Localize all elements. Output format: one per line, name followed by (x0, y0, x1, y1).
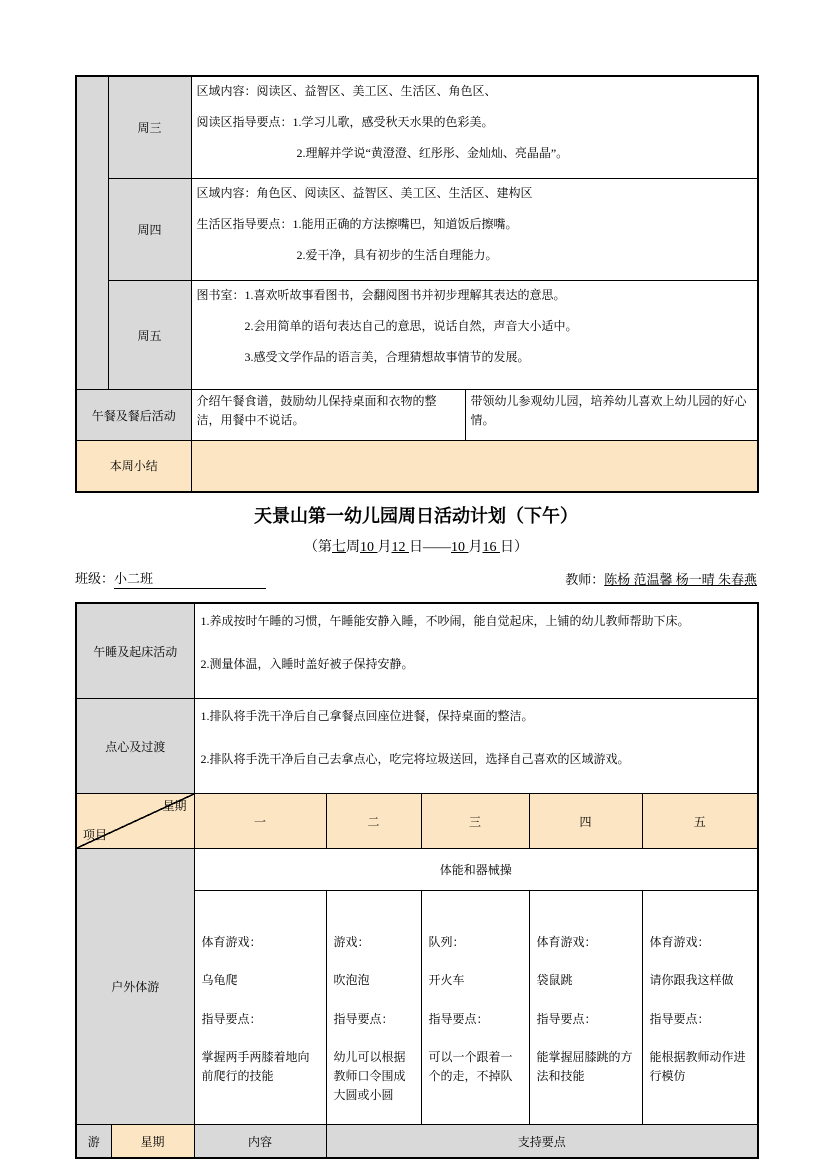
afternoon-plan-table: 午睡及起床活动 1.养成按时午睡的习惯，午睡能安静入睡，不吵闹，能自觉起床，上铺… (75, 602, 759, 1159)
day-header-thu: 四 (529, 794, 642, 849)
start-day-blank: 12 (392, 540, 410, 555)
game-line: 能掌握屈膝跳的方法和技能 (537, 1048, 635, 1086)
game-column-fri: 体育游戏： 请你跟我这样做 指导要点： 能根据教师动作进行模仿 (642, 891, 758, 1125)
game-line: 指导要点： (202, 1010, 319, 1029)
corner-project-label: 项目 (83, 826, 107, 843)
game-line: 指导要点： (429, 1010, 522, 1029)
class-teacher-line: 班级：小二班 教师：陈杨 范温馨 杨一晴 朱春燕 (75, 570, 757, 589)
week-project-corner-cell: 星期 项目 (76, 794, 194, 849)
snack-row: 点心及过渡 1.排队将手洗干净后自己拿餐点回座位进餐，保持桌面的整洁。 2.排队… (76, 699, 758, 794)
exercise-banner: 体能和器械操 (194, 849, 758, 891)
start-month-blank: 10 (360, 540, 378, 555)
morning-plan-table: 周三 区域内容：阅读区、益智区、美工区、生活区、角色区、 阅读区指导要点：1.学… (75, 75, 759, 493)
game-line: 指导要点： (334, 1010, 414, 1029)
class-label: 班级： (75, 571, 114, 586)
snack-label: 点心及过渡 (76, 699, 194, 794)
game-line: 袋鼠跳 (537, 971, 635, 990)
bottom-header-row: 游 星期 内容 支持要点 (76, 1125, 758, 1158)
day-label-thursday: 周四 (108, 179, 191, 281)
corner-week-label: 星期 (163, 797, 187, 814)
game-column-mon: 体育游戏： 乌龟爬 指导要点： 掌握两手两膝着地向前爬行的技能 (194, 891, 326, 1125)
lunch-activity-row: 午餐及餐后活动 介绍午餐食谱，鼓励幼儿保持桌面和衣物的整洁，用餐中不说话。 带领… (76, 390, 758, 441)
day-header-tue: 二 (326, 794, 421, 849)
note-line: 阅读区指导要点：1.学习儿歌，感受秋天水果的色彩美。 (197, 113, 753, 131)
game-line: 可以一个跟着一个的走，不掉队 (429, 1048, 522, 1086)
note-line: 2.会用简单的语句表达自己的意思，说话自然，声音大小适中。 (197, 317, 753, 335)
note-line: 3.感受文学作品的语言美，合理猜想故事情节的发展。 (197, 348, 753, 366)
class-field: 班级：小二班 (75, 570, 266, 589)
lunch-note-right: 带领幼儿参观幼儿园，培养幼儿喜欢上幼儿园的好心情。 (465, 390, 758, 441)
note-line: 1.排队将手洗干净后自己拿餐点回座位进餐，保持桌面的整洁。 (201, 707, 752, 725)
note-line: 1.养成按时午睡的习惯，午睡能安静入睡，不吵闹，能自觉起床，上铺的幼儿教师帮助下… (201, 612, 752, 630)
game-line: 乌龟爬 (202, 971, 319, 990)
note-line: 2.理解并学说“黄澄澄、红彤彤、金灿灿、亮晶晶”。 (197, 144, 753, 162)
week-number-blank: 七 (332, 540, 346, 555)
nap-row: 午睡及起床活动 1.养成按时午睡的习惯，午睡能安静入睡，不吵闹，能自觉起床，上铺… (76, 603, 758, 699)
game-line: 吹泡泡 (334, 971, 414, 990)
table-row: 周五 图书室：1.喜欢听故事看图书，会翻阅图书并初步理解其表达的意思。 2.会用… (76, 281, 758, 390)
note-line: 生活区指导要点：1.能用正确的方法擦嘴巴，知道饭后擦嘴。 (197, 215, 753, 233)
weekly-summary-content (191, 441, 758, 492)
day-notes-friday: 图书室：1.喜欢听故事看图书，会翻阅图书并初步理解其表达的意思。 2.会用简单的… (191, 281, 758, 390)
outdoor-play-label: 户外体游 (76, 849, 194, 1125)
game-column-thu: 体育游戏： 袋鼠跳 指导要点： 能掌握屈膝跳的方法和技能 (529, 891, 642, 1125)
weekly-summary-label: 本周小结 (76, 441, 191, 492)
document-body: 周三 区域内容：阅读区、益智区、美工区、生活区、角色区、 阅读区指导要点：1.学… (75, 75, 757, 1159)
note-line: 区域内容：阅读区、益智区、美工区、生活区、角色区、 (197, 82, 753, 100)
game-line: 体育游戏： (202, 933, 319, 952)
left-spacer-cell (76, 76, 108, 390)
document-page: 周三 区域内容：阅读区、益智区、美工区、生活区、角色区、 阅读区指导要点：1.学… (0, 0, 827, 1170)
page-subtitle: （第七周10 月12 日——10 月16 日） (75, 539, 757, 557)
teacher-field: 教师：陈杨 范温馨 杨一晴 朱春燕 (565, 571, 757, 589)
week-header-row: 星期 项目 一 二 三 四 五 (76, 794, 758, 849)
note-line: 图书室：1.喜欢听故事看图书，会翻阅图书并初步理解其表达的意思。 (197, 286, 753, 304)
nap-label: 午睡及起床活动 (76, 603, 194, 699)
game-line: 掌握两手两膝着地向前爬行的技能 (202, 1048, 319, 1086)
subtitle-text: 周 (346, 540, 360, 555)
game-line: 指导要点： (650, 1010, 751, 1029)
game-line: 幼儿可以根据教师口令围成大圆或小圆 (334, 1048, 414, 1106)
day-header-wed: 三 (421, 794, 529, 849)
game-line: 请你跟我这样做 (650, 971, 751, 990)
game-line: 体育游戏： (537, 933, 635, 952)
game-line: 开火车 (429, 971, 522, 990)
subtitle-text: 日—— (409, 540, 451, 555)
table-row: 周三 区域内容：阅读区、益智区、美工区、生活区、角色区、 阅读区指导要点：1.学… (76, 76, 758, 179)
game-line: 能根据教师动作进行模仿 (650, 1048, 751, 1086)
class-value: 小二班 (114, 570, 266, 589)
teacher-value: 陈杨 范温馨 杨一晴 朱春燕 (604, 572, 757, 587)
subtitle-text: 月 (378, 540, 392, 555)
note-line: 2.爱干净，具有初步的生活自理能力。 (197, 246, 753, 264)
table-row: 周四 区域内容：角色区、阅读区、益智区、美工区、生活区、建构区 生活区指导要点：… (76, 179, 758, 281)
subtitle-text: 日） (500, 540, 528, 555)
note-line: 2.排队将手洗干净后自己去拿点心，吃完将垃圾送回，选择自己喜欢的区域游戏。 (201, 750, 752, 768)
teacher-label: 教师： (565, 572, 604, 587)
day-header-mon: 一 (194, 794, 326, 849)
day-notes-wednesday: 区域内容：阅读区、益智区、美工区、生活区、角色区、 阅读区指导要点：1.学习儿歌… (191, 76, 758, 179)
end-day-blank: 16 (483, 540, 501, 555)
lunch-note-left: 介绍午餐食谱，鼓励幼儿保持桌面和衣物的整洁，用餐中不说话。 (191, 390, 465, 441)
game-line: 指导要点： (537, 1010, 635, 1029)
day-label-friday: 周五 (108, 281, 191, 390)
day-header-fri: 五 (642, 794, 758, 849)
day-notes-thursday: 区域内容：角色区、阅读区、益智区、美工区、生活区、建构区 生活区指导要点：1.能… (191, 179, 758, 281)
game-line: 队列： (429, 933, 522, 952)
game-line: 体育游戏： (650, 933, 751, 952)
bottom-week-label: 星期 (111, 1125, 194, 1158)
subtitle-text: 月 (469, 540, 483, 555)
note-line: 区域内容：角色区、阅读区、益智区、美工区、生活区、建构区 (197, 184, 753, 202)
page-title: 天景山第一幼儿园周日活动计划（下午） (75, 505, 757, 528)
game-column-wed: 队列： 开火车 指导要点： 可以一个跟着一个的走，不掉队 (421, 891, 529, 1125)
bottom-support-label: 支持要点 (326, 1125, 758, 1158)
weekly-summary-row: 本周小结 (76, 441, 758, 492)
snack-notes: 1.排队将手洗干净后自己拿餐点回座位进餐，保持桌面的整洁。 2.排队将手洗干净后… (194, 699, 758, 794)
game-section-label: 游 (76, 1125, 111, 1158)
game-line: 游戏： (334, 933, 414, 952)
nap-notes: 1.养成按时午睡的习惯，午睡能安静入睡，不吵闹，能自觉起床，上铺的幼儿教师帮助下… (194, 603, 758, 699)
day-label-wednesday: 周三 (108, 76, 191, 179)
bottom-content-label: 内容 (194, 1125, 326, 1158)
lunch-activity-label: 午餐及餐后活动 (76, 390, 191, 441)
subtitle-text: （第 (304, 540, 332, 555)
exercise-banner-row: 户外体游 体能和器械操 (76, 849, 758, 891)
end-month-blank: 10 (451, 540, 469, 555)
game-column-tue: 游戏： 吹泡泡 指导要点： 幼儿可以根据教师口令围成大圆或小圆 (326, 891, 421, 1125)
note-line: 2.测量体温，入睡时盖好被子保持安静。 (201, 655, 752, 673)
